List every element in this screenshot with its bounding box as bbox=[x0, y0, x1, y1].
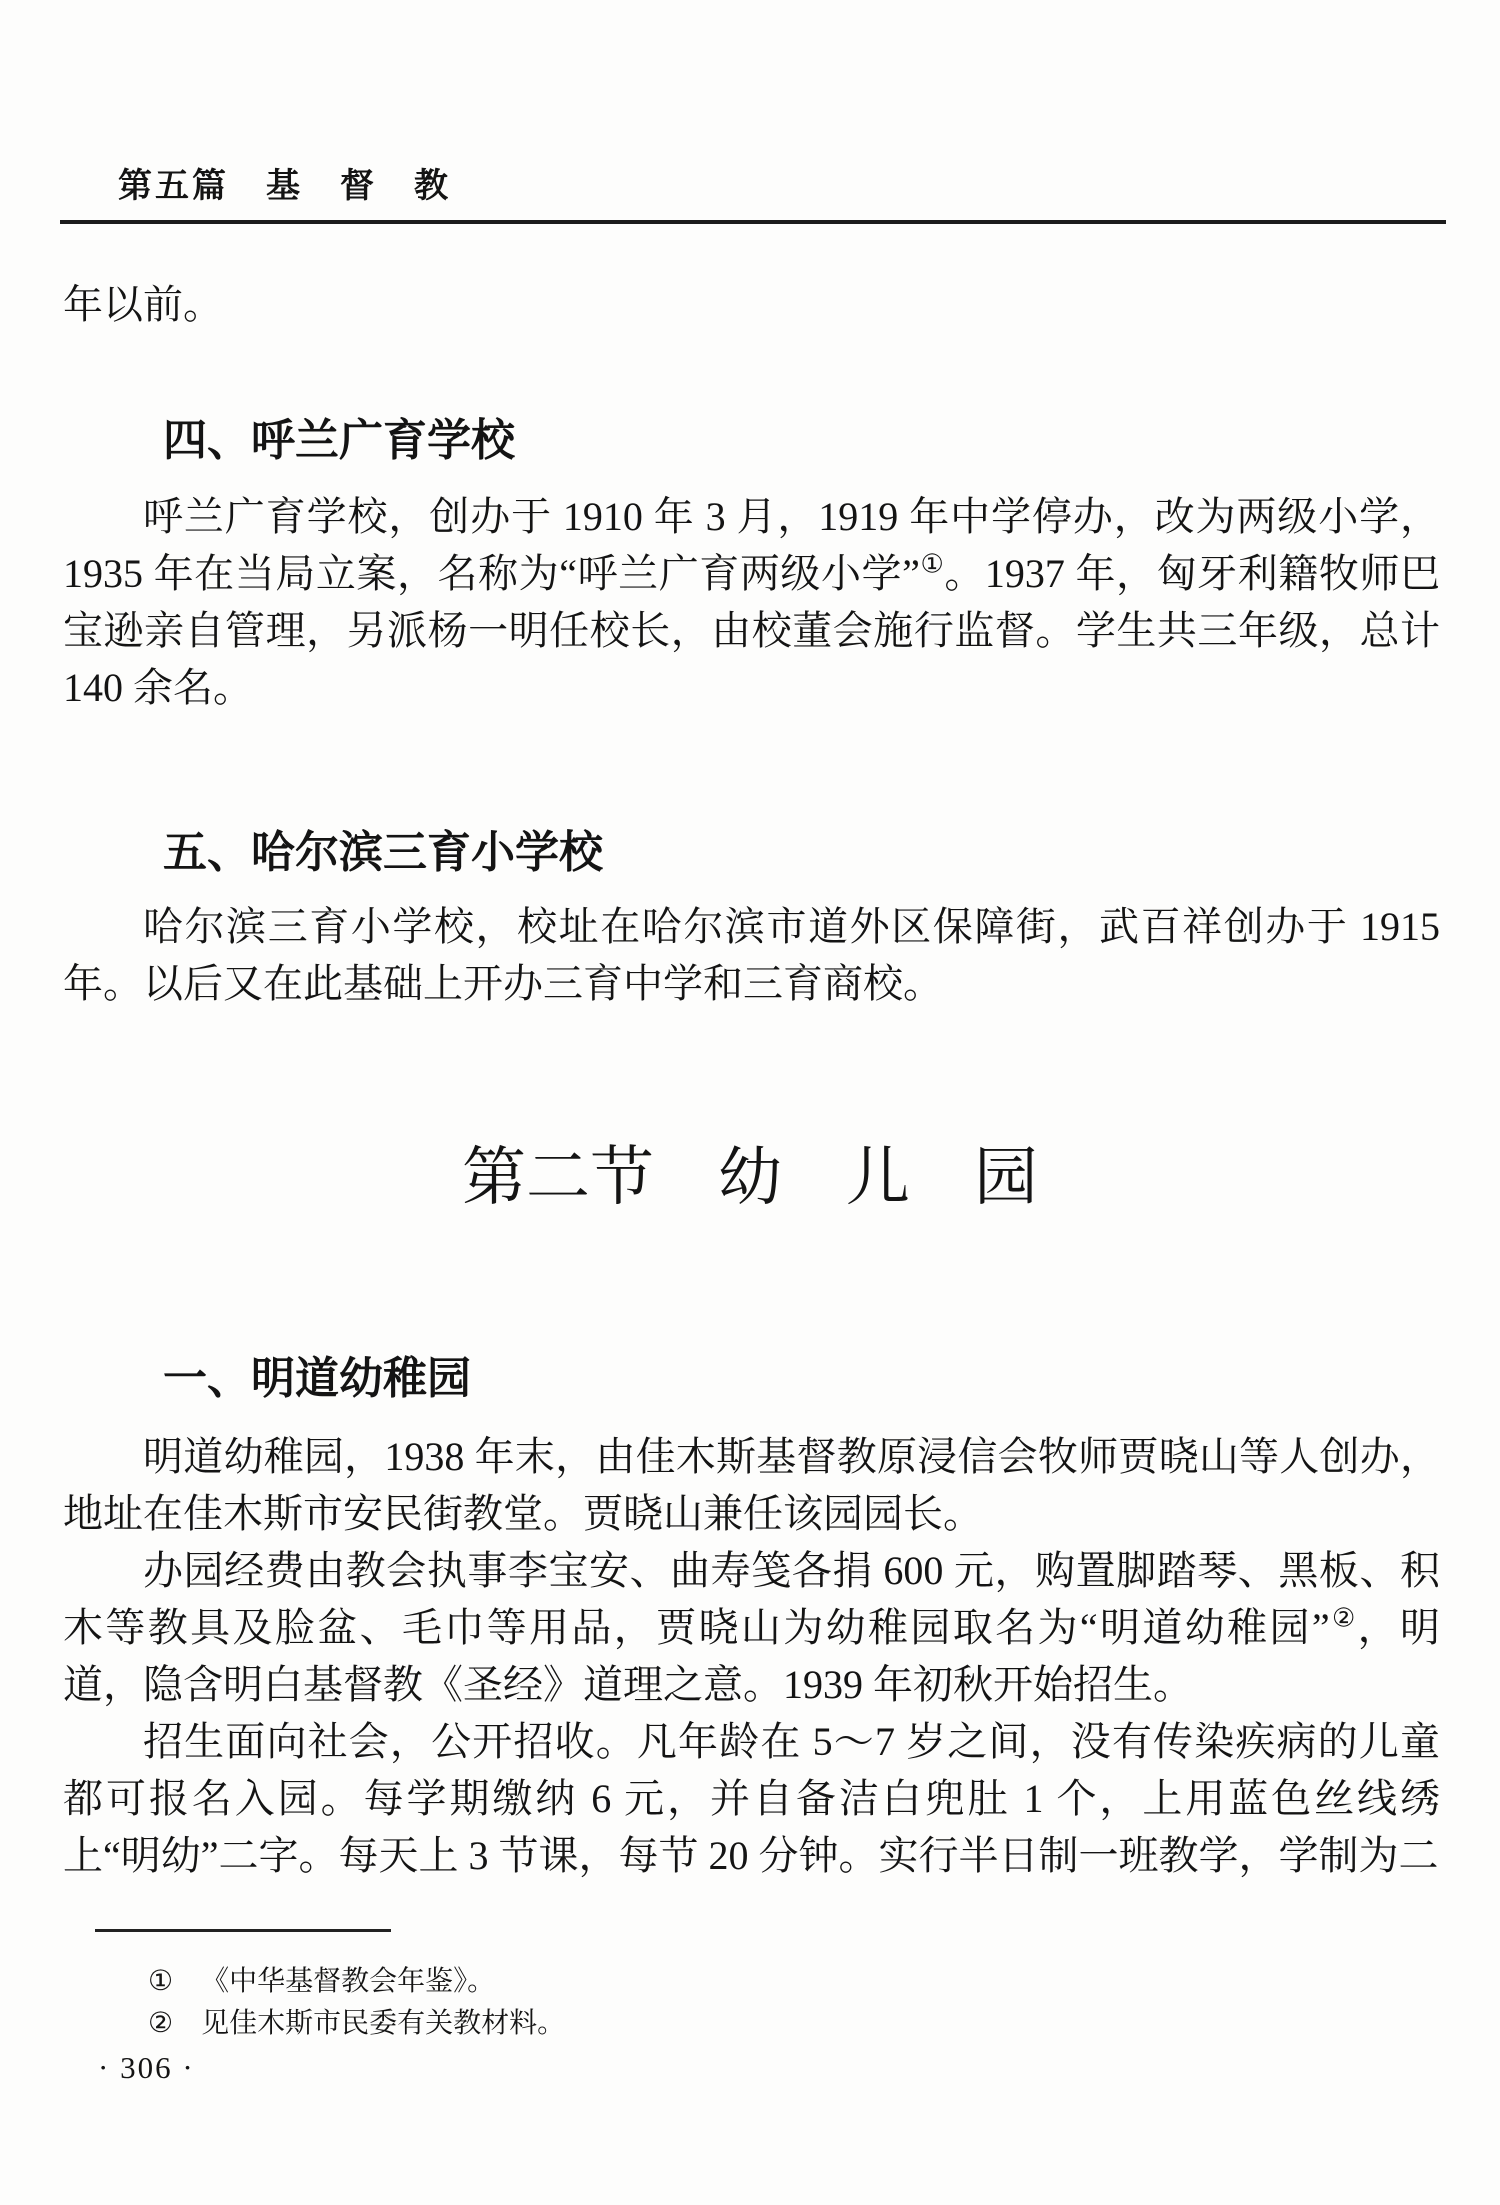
paragraph-hulan-guangyu: 呼兰广育学校，创办于 1910 年 3 月，1919 年中学停办，改为两级小学，… bbox=[63, 488, 1440, 716]
footnote-1-marker: ① bbox=[148, 1962, 173, 2002]
footnote-2-marker: ② bbox=[148, 2004, 173, 2044]
header-rule bbox=[60, 220, 1446, 224]
paragraph-sanyu-school: 哈尔滨三育小学校，校址在哈尔滨市道外区保障街，武百祥创办于 1915 年。以后又… bbox=[63, 898, 1440, 1012]
book-page: 第五篇 基 督 教 年以前。 四、呼兰广育学校 呼兰广育学校，创办于 1910 … bbox=[0, 0, 1500, 2205]
footnote-ref-2: ② bbox=[1330, 1604, 1358, 1633]
paragraph-mingdao-founding: 明道幼稚园，1938 年末，由佳木斯基督教原浸信会牧师贾晓山等人创办，地址在佳木… bbox=[63, 1428, 1440, 1542]
section-heading-sanyu-school: 五、哈尔滨三育小学校 bbox=[163, 816, 603, 880]
footnote-1-text: 《中华基督教会年鉴》。 bbox=[201, 1962, 495, 2002]
paragraph-mingdao-funding-text-1: 办园经费由教会执事李宝安、曲寿笺各捐 600 元，购置脚踏琴、黑板、积木等教具及… bbox=[63, 1548, 1440, 1650]
section-heading-mingdao-kindergarten: 一、明道幼稚园 bbox=[163, 1342, 471, 1406]
section-heading-hulan-guangyu: 四、呼兰广育学校 bbox=[163, 404, 515, 468]
running-head-title: 第五篇 基 督 教 bbox=[118, 158, 451, 207]
footnote-2: ② 见佳木斯市民委有关教材料。 bbox=[148, 2004, 1398, 2044]
footnote-2-text: 见佳木斯市民委有关教材料。 bbox=[201, 2004, 565, 2044]
carryover-paragraph: 年以前。 bbox=[63, 276, 1440, 333]
chapter-section-title-kindergarten: 第二节 幼 儿 园 bbox=[0, 1126, 1500, 1218]
paragraph-mingdao-funding: 办园经费由教会执事李宝安、曲寿笺各捐 600 元，购置脚踏琴、黑板、积木等教具及… bbox=[63, 1542, 1440, 1713]
footnote-separator-rule bbox=[95, 1929, 391, 1932]
page-number: · 306 · bbox=[98, 2050, 195, 2086]
footnote-ref-1: ① bbox=[920, 550, 944, 579]
paragraph-mingdao-enrollment: 招生面向社会，公开招收。凡年龄在 5～7 岁之间，没有传染疾病的儿童都可报名入园… bbox=[63, 1713, 1440, 1884]
footnote-1: ① 《中华基督教会年鉴》。 bbox=[148, 1962, 1398, 2002]
